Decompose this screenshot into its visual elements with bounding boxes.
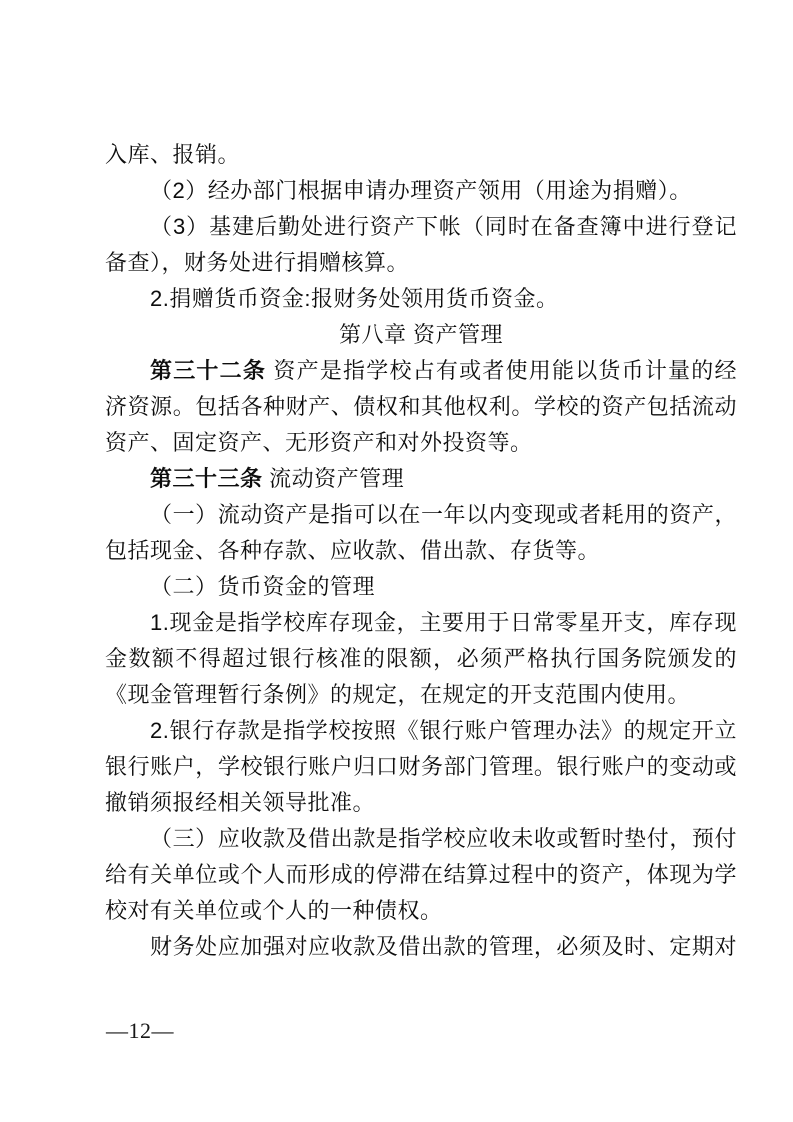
text-line: （三）应收款及借出款是指学校应收未收或暂时垫付，预付 (105, 821, 737, 857)
text-line: （一）流动资产是指可以在一年以内变现或者耗用的资产， (105, 497, 737, 533)
body-text: 备查），财务处进行捐赠核算。 (105, 250, 409, 275)
body-text: 银行账户，学校银行账户归口财务部门管理。银行账户的变动或 (105, 754, 737, 779)
body-text: 资产、固定资产、无形资产和对外投资等。 (105, 430, 533, 455)
text-line: 1.现金是指学校库存现金，主要用于日常零星开支，库存现 (105, 605, 737, 641)
body-text: 包括现金、各种存款、应收款、借出款、存货等。 (105, 538, 600, 563)
text-line: 银行账户，学校银行账户归口财务部门管理。银行账户的变动或 (105, 749, 737, 785)
article-number-text: 第三十三条 (150, 466, 263, 491)
text-line: （二）货币资金的管理 (105, 569, 737, 605)
text-line: 2.捐赠货币资金:报财务处领用货币资金。 (105, 281, 737, 317)
body-text: 2.银行存款是指学校按照《银行账户管理办法》的规定开立 (150, 718, 737, 743)
text-line: （3）基建后勤处进行资产下帐（同时在备查簿中进行登记 (105, 209, 737, 245)
body-text: （一）流动资产是指可以在一年以内变现或者耗用的资产， (150, 502, 737, 527)
body-text: 1.现金是指学校库存现金，主要用于日常零星开支，库存现 (150, 610, 737, 635)
body-text: 给有关单位或个人而形成的停滞在结算过程中的资产，体现为学 (105, 862, 737, 887)
body-text: （2）经办部门根据申请办理资产领用（用途为捐赠）。 (150, 178, 692, 203)
text-line: （2）经办部门根据申请办理资产领用（用途为捐赠）。 (105, 173, 737, 209)
body-text: 2.捐赠货币资金:报财务处领用货币资金。 (150, 286, 558, 311)
document-body: 入库、报销。（2）经办部门根据申请办理资产领用（用途为捐赠）。（3）基建后勤处进… (105, 137, 737, 965)
text-line: 第三十三条 流动资产管理 (105, 461, 737, 497)
document-page: 入库、报销。（2）经办部门根据申请办理资产领用（用途为捐赠）。（3）基建后勤处进… (0, 0, 793, 1122)
body-text: 流动资产管理 (263, 466, 405, 491)
article-number-text: 第三十二条 (150, 358, 266, 383)
body-text: 济资源。包括各种财产、债权和其他权利。学校的资产包括流动 (105, 394, 737, 419)
text-line: 包括现金、各种存款、应收款、借出款、存货等。 (105, 533, 737, 569)
body-text: （三）应收款及借出款是指学校应收未收或暂时垫付，预付 (150, 826, 737, 851)
page-number: —12— (106, 1013, 174, 1049)
text-line: 金数额不得超过银行核准的限额，必须严格执行国务院颁发的 (105, 641, 737, 677)
body-text: 金数额不得超过银行核准的限额，必须严格执行国务院颁发的 (105, 646, 737, 671)
text-line: 2.银行存款是指学校按照《银行账户管理办法》的规定开立 (105, 713, 737, 749)
body-text: （3）基建后勤处进行资产下帐（同时在备查簿中进行登记 (150, 214, 737, 239)
text-line: 《现金管理暂行条例》的规定，在规定的开支范围内使用。 (105, 677, 737, 713)
text-line: 入库、报销。 (105, 137, 737, 173)
body-text: 校对有关单位或个人的一种债权。 (105, 898, 443, 923)
text-line: 校对有关单位或个人的一种债权。 (105, 893, 737, 929)
text-line: 第三十二条 资产是指学校占有或者使用能以货币计量的经 (105, 353, 737, 389)
body-text: 撤销须报经相关领导批准。 (105, 790, 375, 815)
text-line: 备查），财务处进行捐赠核算。 (105, 245, 737, 281)
text-line: 财务处应加强对应收款及借出款的管理，必须及时、定期对 (105, 929, 737, 965)
body-text: 第八章 资产管理 (339, 322, 503, 347)
text-line: 济资源。包括各种财产、债权和其他权利。学校的资产包括流动 (105, 389, 737, 425)
chapter-heading: 第八章 资产管理 (105, 317, 737, 353)
body-text: 入库、报销。 (105, 142, 240, 167)
body-text: （二）货币资金的管理 (150, 574, 375, 599)
body-text: 资产是指学校占有或者使用能以货币计量的经 (266, 358, 737, 383)
text-line: 资产、固定资产、无形资产和对外投资等。 (105, 425, 737, 461)
body-text: 《现金管理暂行条例》的规定，在规定的开支范围内使用。 (105, 682, 690, 707)
text-line: 撤销须报经相关领导批准。 (105, 785, 737, 821)
body-text: 财务处应加强对应收款及借出款的管理，必须及时、定期对 (150, 934, 737, 959)
text-line: 给有关单位或个人而形成的停滞在结算过程中的资产，体现为学 (105, 857, 737, 893)
